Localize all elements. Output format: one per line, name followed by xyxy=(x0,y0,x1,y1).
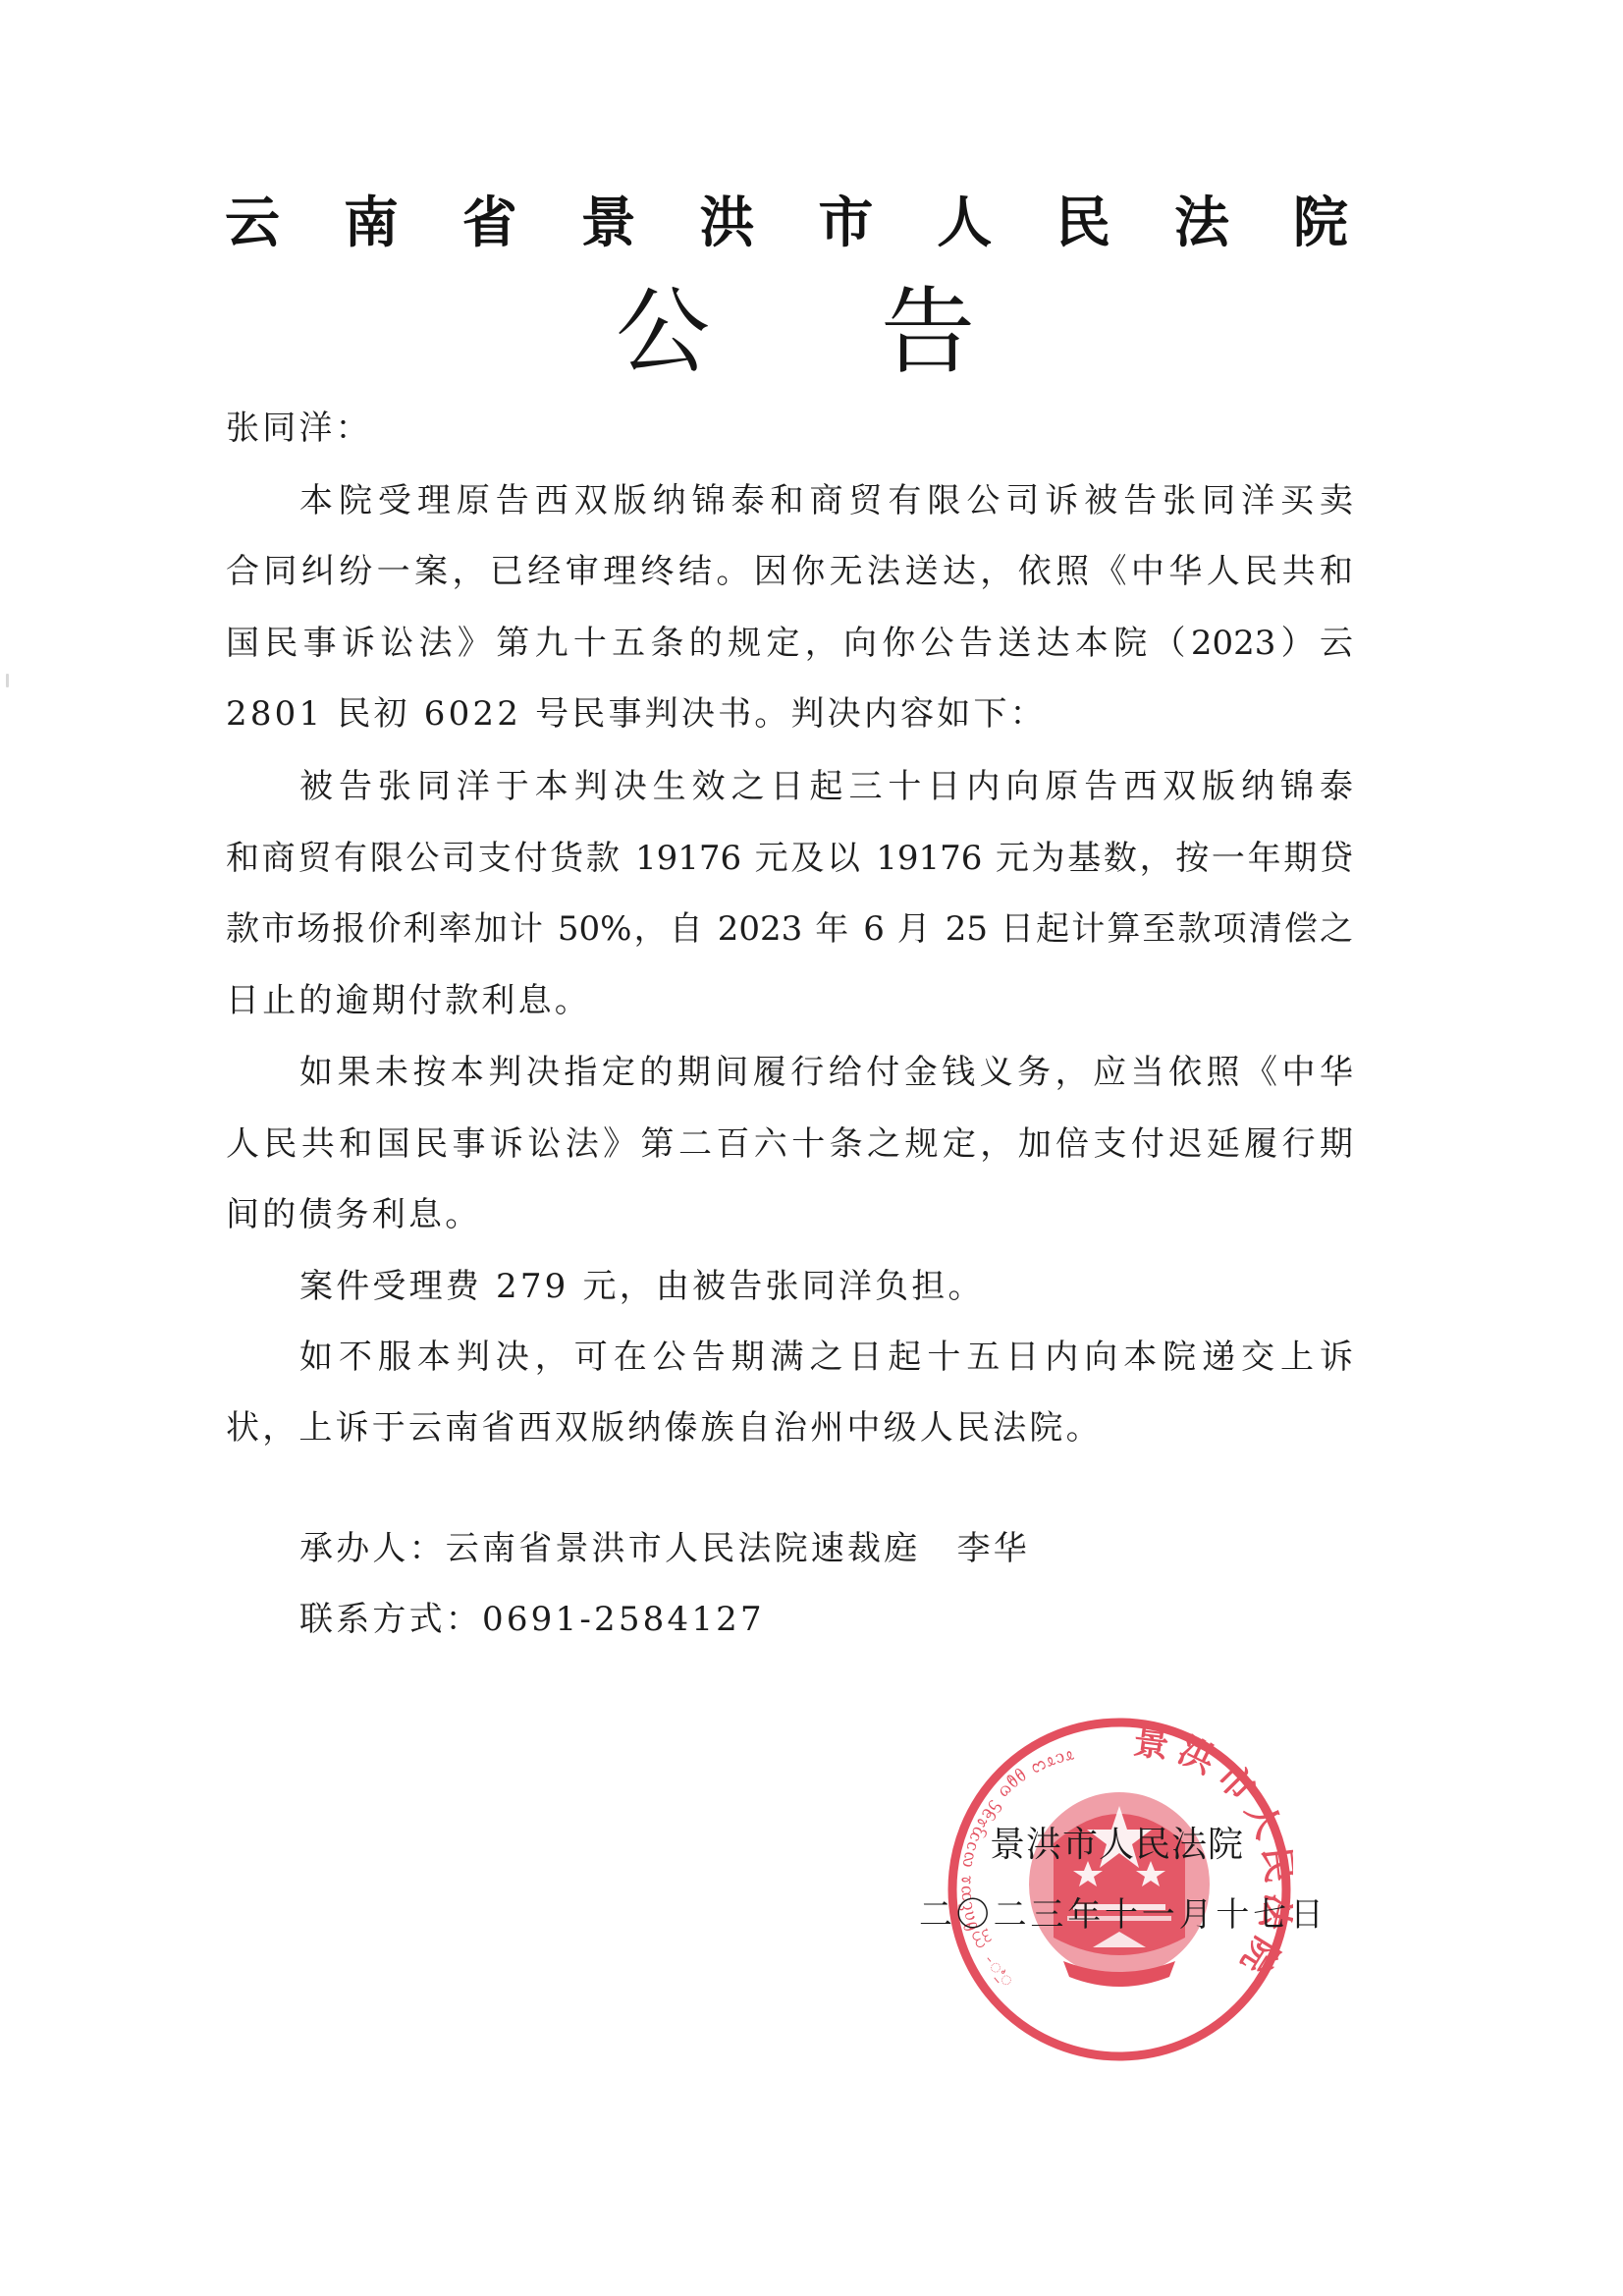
court-name-char: 洪 xyxy=(697,192,758,255)
court-name-char: 院 xyxy=(1290,192,1351,255)
handler-info: 承办人：云南省景洪市人民法院速裁庭 李华 xyxy=(299,1527,1353,1570)
paragraph-line: 款市场报价利率加计 50%，自 2023 年 6 月 25 日起计算至款项清偿之 xyxy=(226,907,1353,951)
scan-artifact xyxy=(6,674,9,687)
court-name-char: 景 xyxy=(578,192,639,255)
paragraph-line: 合同纠纷一案，已经审理终结。因你无法送达，依照《中华人民共和 xyxy=(226,550,1353,593)
court-name-char: 民 xyxy=(1053,192,1113,255)
paragraph-line: 被告张同洋于本判决生效之日起三十日内向原告西双版纳锦泰 xyxy=(299,765,1353,808)
notice-title-char: 公 xyxy=(609,277,717,387)
court-name-char: 云 xyxy=(222,192,283,255)
salutation: 张同洋： xyxy=(226,407,1353,450)
paragraph-line: 如果未按本判决指定的期间履行给付金钱义务，应当依照《中华 xyxy=(299,1051,1353,1094)
court-name-char: 省 xyxy=(460,192,520,255)
national-emblem-icon xyxy=(1029,1792,1210,1987)
paragraph-line: 和商贸有限公司支付货款 19176 元及以 19176 元为基数，按一年期贷 xyxy=(226,837,1353,880)
paragraph-line: 案件受理费 279 元，由被告张同洋负担。 xyxy=(299,1265,1353,1308)
court-name-heading: 云 南 省 景 洪 市 人 民 法 院 xyxy=(222,192,1351,255)
court-name-char: 法 xyxy=(1171,192,1232,255)
paragraph-line: 人民共和国民事诉讼法》第二百六十条之规定，加倍支付迟延履行期 xyxy=(226,1122,1353,1166)
issue-date: 二〇二三年十一月十七日 xyxy=(919,1893,1324,1937)
court-notice-page: 云 南 省 景 洪 市 人 民 法 院 公 告 张同洋： 本院受理原告西双版纳锦… xyxy=(0,0,1623,2296)
paragraph-line: 日止的逾期付款利息。 xyxy=(226,979,1353,1022)
notice-title-char: 告 xyxy=(874,277,982,387)
issuing-court: 景洪市人民法院 xyxy=(990,1823,1244,1868)
paragraph-line: 如不服本判决，可在公告期满之日起十五日内向本院递交上诉 xyxy=(299,1336,1353,1379)
paragraph-line: 本院受理原告西双版纳锦泰和商贸有限公司诉被告张同洋买卖 xyxy=(299,479,1353,522)
paragraph-line: 间的债务利息。 xyxy=(226,1193,1353,1236)
contact-phone: 联系方式：0691-2584127 xyxy=(299,1598,1353,1641)
court-name-char: 人 xyxy=(934,192,995,255)
paragraph-line: 2801 民初 6022 号民事判决书。判决内容如下： xyxy=(226,692,1353,736)
court-name-char: 市 xyxy=(815,192,876,255)
notice-title: 公 告 xyxy=(609,277,982,387)
paragraph-line: 状，上诉于云南省西双版纳傣族自治州中级人民法院。 xyxy=(226,1406,1353,1449)
paragraph-line: 国民事诉讼法》第九十五条的规定，向你公告送达本院（2023）云 xyxy=(226,622,1353,665)
court-seal-icon: ꩻꩼꩽ ဣᦲᦵᦷᦉᦸ ᦟᦱᦀᦸᦃᦓ ᦒᦹᦲ ᦂᦸᦱᦸ 景洪市人民法院 xyxy=(946,1716,1293,2063)
court-name-char: 南 xyxy=(341,192,402,255)
